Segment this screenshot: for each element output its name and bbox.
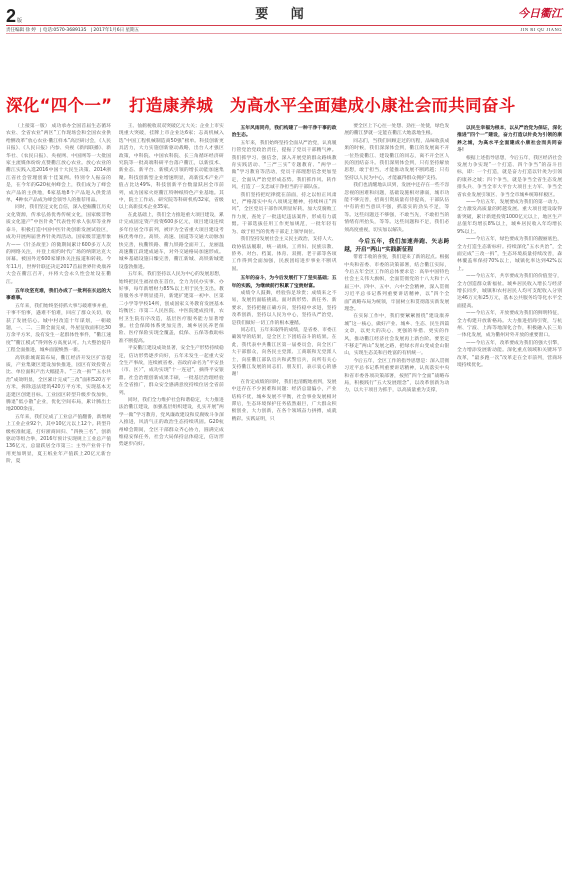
paragraph: 五年来，我们始终坚持抓大事与破难事并重，干事不怕事，遇难不怕难，回应了群众关切，…: [6, 303, 111, 355]
paragraph: 同时，我们全力维护社会和谐稳定，大力推进法治衢江建设，加强基层组织建设，扎实开展…: [119, 397, 224, 449]
headline: 深化“四个一” 打造康养城 为高水平全面建成小康社会而共同奋斗: [6, 92, 562, 116]
paragraph: 高铁新城谋篇布局，衢江经济开发区扩容提质，产业集聚区建设加快推进，园区有效投资占…: [6, 355, 111, 414]
column-4: 要全区上下心往一处想、劲往一处使，绿色发展的衢江梦就一定能在衢江大地落地生根。同…: [344, 123, 449, 873]
paragraph: 王、仙鹤税收双双突破亿元大关；企业上市实现重大突破，挂牌上市企业达6家；志高机械…: [119, 123, 224, 212]
column-2: 王、仙鹤税收双双突破亿元大关；企业上市实现重大突破，挂牌上市企业达6家；志高机械…: [119, 123, 224, 873]
section-title: 要 闻: [0, 3, 568, 22]
masthead-rule-bottom: [6, 33, 562, 34]
paragraph: 成绩令人鼓舞，经验弥足珍贵；成绩来之不易，发展仍面临挑战。面对新形势、新任务、新…: [232, 290, 337, 327]
subheading: 五年风雨同舟，我们构建了一种干净干事的政治生态。: [232, 125, 337, 140]
subheading: 五年的奋斗，为今后发展打下了坚实基础；五年的实践，为继续前行积累了宝贵财富。: [232, 275, 337, 290]
newspaper-pinyin: JIN RI QU JIANG: [521, 27, 562, 32]
paragraph: 五年来，我们完成了工业总产值翻番，新增规上工业企业92个，其中10亿元以上12个…: [6, 414, 111, 466]
paragraph: 根据上述指导思想，今后五年，我区经济社会发展力争实现“一个打造、四个争当”的奋斗…: [457, 155, 562, 199]
paragraph: ——今后五年，开放要成为我们的鲜明特征，全力构建开放新格局。大力推进招商引资，与…: [457, 310, 562, 340]
paragraph: 同时，我们坚定文化自信，深入挖掘衢江历史文化资源，传承弘扬优秀传统文化，国家级非…: [6, 204, 111, 285]
paragraph: 我们坚持发展社会主义民主政治，支持人大、政协依法履职，统一战线、工青妇、民族宗教…: [232, 236, 337, 273]
paragraph: 在实际工作中，我们要紧紧围绕“建设康养城”这一核心，做好产业、城乡、生态、民生四…: [344, 313, 449, 357]
subheading: 五年攻坚克难，我们办成了一批利在长远的大事难事。: [6, 288, 111, 303]
paragraph: ——今后五年，发展要成为我们的第一动力，全力激发高质量的跨越发展。重大项目建设取…: [457, 199, 562, 236]
newspaper-logo: 今日衢江: [518, 5, 562, 21]
paragraph: 要全区上下心往一处想、劲往一处使，绿色发展的衢江梦就一定能在衢江大地落地生根。: [344, 123, 449, 138]
paragraph: 我们坚持把纪律挺在前面，持之以恒正风肃纪，严格落实中央八项规定精神，持续纠正“四…: [232, 192, 337, 236]
article-body: （上接第一版） 成功承办全国首届生态循环农业、全省农业“两区”工作现场会和全国农…: [6, 123, 562, 873]
column-3: 五年风雨同舟，我们构建了一种干净干事的政治生态。五年来，我们始终坚持全面从严治党…: [232, 123, 337, 873]
paragraph: 同志们，当我们回顾走过的历程，品味收获成果的时候，我们深深体会到，衢江的发展离不…: [344, 138, 449, 182]
paragraph: ——今后五年，改革要成为我们的强大引擎，全力增添发展新动能。深化重点领域和关键环…: [457, 340, 562, 370]
paragraph: 同志们，五年来取得的成绩，是省委、市委正确领导的结果，是全区上下团结奋斗的结果。…: [232, 327, 337, 379]
subheading: 今后五年，我们加速奔跑、矢志跨越，开启“两山”实践新征程: [344, 238, 449, 254]
column-1: （上接第一版） 成功承办全国首届生态循环农业、全省农业“两区”工作现场会和全国农…: [6, 123, 111, 873]
paragraph: 平安衢江建设成效显著，安全生产形势持续稳定，信访形势逐步向好，五年未发生一起重大…: [119, 345, 224, 397]
paragraph: 五年来，我们坚持以人民为中心的发展思想，始终把民生福祉放在首位，全力为民办实事、…: [119, 271, 224, 345]
column-5: 以民生幸福为根本，以从严治党为保证，深化推进“四个一”建设，奋力打造以针灸为引领…: [457, 123, 562, 873]
paragraph: 五年来，我们始终坚持全面从严治党，认真履行管党治党政治责任，提振了党员干部精气神…: [232, 140, 337, 192]
paragraph: 在肯定成绩的同时，我们也清醒地看到，发展中还存在不少困难和问题：经济总量偏小，产…: [232, 379, 337, 423]
subheading: 以民生幸福为根本，以从严治党为保证，深化推进“四个一”建设，奋力打造以针灸为引领…: [457, 125, 562, 155]
paragraph: ——今后五年，绿色要成为我们的靓丽底色，全力打造生态新标杆。持续深化“五水共治”…: [457, 236, 562, 273]
paragraph: 今后五年，全区工作的指导思想是：深入贯彻习近平总书记系列重要讲话精神，认真落实中…: [344, 358, 449, 395]
paragraph: 带着丰收的喜悦，我们迎来了新的起点。根据中央和省委、市委的决策部署，结合衢江实际…: [344, 254, 449, 313]
paragraph: ——今后五年，共享要成为我们的价值坚守，全力创造群众新福祉。城乡居民收入增长与经…: [457, 273, 562, 310]
paragraph: 我们也清醒地认识到，发展中还存在一些不容忽视的困难和问题，基础设施相对薄弱，城市…: [344, 182, 449, 234]
masthead-rule-top: [6, 25, 562, 26]
paragraph: （上接第一版） 成功承办全国首届生态循环农业、全省农业“两区”工作现场会和全国农…: [6, 123, 111, 204]
masthead: 2版 要 闻 今日衢江 责任编辑 徐 婷| 电话:0570-3689135| 2…: [0, 0, 568, 40]
paragraph: 在此基础上，我们全力推进重大项目建设，累计完成固定资产投资600多亿元，项目建设…: [119, 212, 224, 271]
